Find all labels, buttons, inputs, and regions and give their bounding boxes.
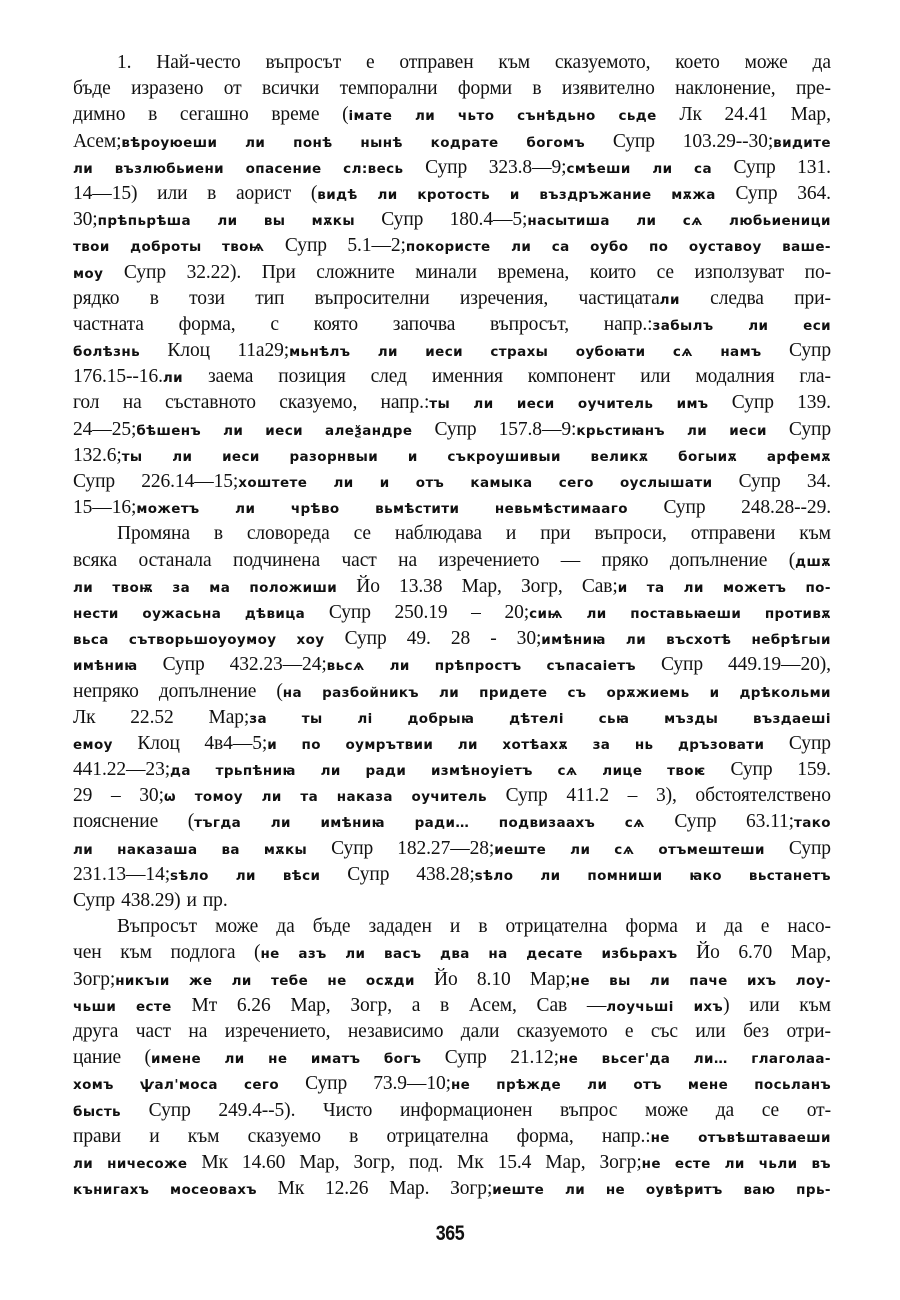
text-run: при- [794, 288, 831, 309]
church-slavonic-quote: два [440, 946, 470, 962]
text-run: 131. [797, 157, 831, 178]
word: емоу [73, 731, 113, 758]
word: придете [479, 679, 547, 706]
church-slavonic-quote: оубоꙗти [576, 344, 646, 360]
word: Най-често [156, 50, 240, 76]
word: Сав;и [582, 574, 628, 601]
text-run: Супр [734, 157, 776, 178]
word: насо- [787, 914, 831, 940]
text-run: Супр [739, 471, 781, 492]
word: отри- [786, 1019, 830, 1045]
text-run: и [186, 890, 196, 911]
word: Асем;вѣроуюеши [73, 129, 217, 156]
church-slavonic-quote: небрѣгыи [751, 632, 830, 648]
text-run: в [207, 183, 216, 204]
text-run: 364. [797, 183, 831, 204]
text-run: – [471, 602, 481, 623]
church-slavonic-quote: да [170, 763, 191, 779]
word: 231.13—14;ѕѣло [73, 862, 209, 889]
word: 438.29) [121, 888, 180, 914]
text-run: Супр [789, 340, 831, 361]
text-run: и [696, 916, 706, 937]
word: имѣниꙗ [320, 809, 385, 836]
word: оучитель [578, 390, 653, 417]
church-slavonic-quote: съпасаіетъ [547, 658, 636, 674]
word: въздръжание [539, 181, 651, 208]
text-run: се [354, 523, 371, 544]
text-run: под. [409, 1152, 443, 1173]
word: зададен [369, 914, 432, 940]
church-slavonic-quote: поставьꙗеши [630, 606, 741, 622]
word: азъ [298, 940, 326, 967]
text-run: Супр [735, 183, 777, 204]
word: Въпросът [117, 914, 197, 940]
word: чен [73, 940, 102, 967]
word: Асем, [469, 993, 517, 1020]
word: кънигахъ [73, 1176, 149, 1203]
church-slavonic-quote: трьпѣниꙗ [216, 763, 296, 779]
church-slavonic-quote: прѣжде [496, 1077, 561, 1093]
text-line: кънигахъмосеовахъМк12.26Мар.Зогр;иештели… [73, 1176, 831, 1202]
text-run: 132.6; [73, 445, 122, 466]
text-run: без [743, 1021, 769, 1042]
text-run: в [150, 288, 159, 309]
word: 3), [656, 783, 677, 810]
word: оувѣритъ [646, 1176, 723, 1203]
church-slavonic-quote: по [649, 239, 668, 255]
word: 176.15--16.ли [73, 364, 183, 391]
text-run: 28 [451, 628, 470, 649]
text-run: Асем; [73, 131, 121, 152]
text-run: непряко [73, 681, 139, 702]
church-slavonic-quote: твоѥ [667, 763, 706, 779]
word: отрицателна [386, 1124, 488, 1151]
church-slavonic-quote: иеси [265, 423, 303, 439]
church-slavonic-quote: иеште [492, 1182, 544, 1198]
church-slavonic-quote: кротость [417, 187, 490, 203]
text-line: бъдеизразеноотвсичкитемпоралниформивизяв… [73, 76, 831, 102]
church-slavonic-quote: отъвѣштаваеши [698, 1130, 831, 1146]
text-run: пре- [796, 78, 831, 99]
text-run: всички [262, 78, 319, 99]
text-run: 182.27—28; [397, 838, 494, 859]
word: 449.19—20), [728, 652, 831, 679]
word: сказуемото [517, 1019, 608, 1045]
text-run: изречението [438, 550, 539, 571]
church-slavonic-quote: съкроушивыи [447, 449, 560, 465]
word: – [471, 600, 481, 627]
church-slavonic-quote: доброты [130, 239, 201, 255]
word: Зогр;не [599, 1150, 660, 1177]
text-run: минали [415, 262, 477, 283]
text-run: Супр [434, 419, 476, 440]
text-run: на [398, 550, 417, 571]
church-slavonic-quote: ли [73, 842, 93, 858]
word: ли [390, 652, 410, 679]
church-slavonic-quote: оумрътвии [345, 737, 433, 753]
text-run: при [540, 523, 570, 544]
word: Клоц [167, 338, 210, 365]
word: опасение [246, 155, 322, 182]
word: Супр [163, 652, 205, 679]
word: 180.4—5;насытиша [450, 207, 610, 234]
text-run: 323.8—9; [489, 157, 567, 178]
word: Мк [457, 1150, 484, 1177]
text-run: информационен [400, 1100, 532, 1121]
word: сл:весь [343, 155, 403, 182]
word: моу [73, 260, 103, 287]
word: мѫкы [312, 207, 355, 234]
text-line: Супр438.29)ипр. [73, 888, 831, 914]
church-slavonic-quote: отъ [416, 475, 444, 491]
word: темпорални [340, 76, 438, 102]
word: към [799, 521, 831, 547]
text-run: Супр [425, 157, 467, 178]
word: изречения, [460, 286, 548, 313]
word: изречението, [225, 1019, 331, 1045]
word: имъ [677, 390, 709, 417]
church-slavonic-quote: опасение [246, 161, 322, 177]
word: отрицателна [506, 914, 608, 940]
church-slavonic-quote: никъıи [115, 973, 170, 989]
word: оучитель [412, 783, 487, 810]
text-run: в [478, 916, 487, 937]
church-slavonic-quote: на [283, 685, 302, 701]
word: паче [689, 967, 727, 994]
word: оуслышати [620, 469, 713, 496]
word: Йо [434, 967, 458, 994]
text-run: Мар, [290, 995, 330, 1016]
church-slavonic-quote: и [408, 449, 418, 465]
text-run: 250.19 [395, 602, 448, 623]
text-run: отрицателна [506, 916, 608, 937]
word: бъде [313, 914, 351, 940]
church-slavonic-quote: иеште [494, 842, 546, 858]
church-slavonic-quote: ли [415, 108, 435, 124]
text-run: в [214, 523, 223, 544]
church-slavonic-quote: чьто [458, 108, 495, 124]
word: есте [675, 1150, 711, 1177]
church-slavonic-quote: та [300, 789, 318, 805]
church-slavonic-quote: дрѣкольми [739, 685, 830, 701]
church-slavonic-quote: и [710, 685, 720, 701]
church-slavonic-quote: видѣ [317, 187, 357, 203]
text-line: 14—15)иливаорист(видѣликротостьивъздръжа… [73, 181, 831, 207]
text-run: е [761, 916, 770, 937]
word: богъ [384, 1045, 422, 1072]
word: друга [73, 1019, 118, 1045]
word: ли [271, 809, 291, 836]
church-slavonic-quote: са [552, 239, 570, 255]
church-slavonic-quote: болѣзнь [73, 344, 140, 360]
text-run: 5.1—2; [347, 235, 405, 256]
text-run: съставното [165, 392, 256, 413]
word: съпасаіетъ [547, 652, 636, 679]
text-run: 15—16; [73, 497, 136, 518]
church-slavonic-quote: ихъ [694, 999, 724, 1015]
word: гла- [799, 364, 831, 391]
church-slavonic-quote: не [327, 973, 346, 989]
church-slavonic-quote: ли [223, 423, 243, 439]
church-slavonic-quote: не [651, 1130, 670, 1146]
word: дѣтелі [509, 705, 564, 732]
word: иеси [222, 443, 260, 470]
word: 30;имѣниꙗ [517, 626, 606, 653]
word: 30;прѣпьрѣша [73, 207, 191, 234]
word: оуставоу [689, 233, 762, 260]
text-run: заема [208, 366, 253, 387]
word: Супр [734, 155, 776, 182]
church-slavonic-quote: та [647, 580, 665, 596]
church-slavonic-quote: лице [602, 763, 642, 779]
text-run: тип [255, 288, 284, 309]
word: орѫжиемь [606, 679, 689, 706]
word: мосеовахъ [170, 1176, 257, 1203]
word: Супр [381, 207, 423, 234]
church-slavonic-quote: и [267, 737, 277, 753]
church-slavonic-quote: вьсѧ [327, 658, 365, 674]
text-run: към [498, 52, 530, 73]
word: сѧ [673, 338, 693, 365]
word: 432.23—24;вьсѧ [230, 652, 365, 679]
word: от- [807, 1098, 831, 1125]
church-slavonic-quote: азъ [298, 946, 326, 962]
word: кротость [417, 181, 490, 208]
text-run: — [587, 995, 606, 1016]
text-line: 176.15--16.лизаемапозицияследименниякомп… [73, 364, 831, 390]
word: започва [393, 312, 456, 339]
word: се [354, 521, 371, 547]
word: в [478, 914, 487, 940]
church-slavonic-quote: мѫжа [671, 187, 715, 203]
word: на [488, 940, 507, 967]
text-line: Въпросътможедабъдезададенивотрицателнафо… [73, 914, 831, 940]
word: Мар, [791, 102, 831, 129]
church-slavonic-quote: за [172, 580, 190, 596]
text-run: изречението, [225, 1021, 331, 1042]
church-slavonic-quote: дѣтелі [509, 711, 564, 727]
text-line: Лк22.52Мар;затылідобрыꙗдѣтелісьꙗмъздывъз… [73, 705, 831, 731]
church-slavonic-quote: ѱал'моса [140, 1077, 218, 1093]
word: напр.:ты [381, 390, 451, 417]
church-slavonic-quote: дшѫ [795, 554, 831, 570]
text-run: Зогр; [73, 969, 115, 990]
text-run: Зогр; [599, 1152, 641, 1173]
word: Мар;не [530, 967, 590, 994]
text-run: позиция [278, 366, 345, 387]
word: оубоꙗти [576, 338, 646, 365]
church-slavonic-quote: ли [687, 423, 707, 439]
church-slavonic-quote: паче [689, 973, 727, 989]
word: великѫ [591, 443, 649, 470]
word: твоѥ [667, 757, 706, 784]
church-slavonic-quote: сѧ [683, 213, 703, 229]
word: всички [262, 76, 319, 102]
word: поставьꙗеши [630, 600, 741, 627]
text-run: 11а29; [237, 340, 289, 361]
church-slavonic-quote: намъ [720, 344, 761, 360]
church-slavonic-quote: ли [439, 685, 459, 701]
text-line: 441.22—23;датрьпѣниꙗлирадиизмѣноуіетъсѧл… [73, 757, 831, 783]
church-slavonic-quote: сътворьшоуоумоу [129, 632, 277, 648]
text-run: Йо [696, 942, 720, 963]
word: оужасьна [142, 600, 221, 627]
text-run: пряко [602, 550, 649, 571]
word: Зогр;иеште [450, 1176, 544, 1203]
word: 103.29--30;видите [683, 129, 831, 156]
church-slavonic-quote: еси [803, 318, 831, 334]
word: и [450, 914, 460, 940]
word: небрѣгыи [751, 626, 830, 653]
text-run: Лк [679, 104, 702, 125]
word: ли [378, 338, 398, 365]
church-slavonic-quote: ли [684, 580, 704, 596]
word: добрыꙗ [408, 705, 475, 732]
word: пряко [602, 548, 649, 575]
word: Супр [345, 626, 387, 653]
text-run: сложните [316, 262, 394, 283]
word: сѧ [558, 757, 578, 784]
word: и [506, 521, 516, 547]
church-slavonic-quote: ли… [694, 1051, 728, 1067]
word: понѣ [293, 129, 332, 156]
church-slavonic-quote: ли [587, 1077, 607, 1093]
church-slavonic-quote: ли [748, 318, 768, 334]
text-line: 29–30;ѡтомоулитанаказаоучительСупр411.2–… [73, 783, 831, 809]
word: изразено [131, 76, 203, 102]
text-run: Зогр, [353, 1152, 395, 1173]
word: чьли [759, 1150, 798, 1177]
church-slavonic-quote: ничесоже [107, 1156, 187, 1172]
word: сѧ [683, 207, 703, 234]
church-slavonic-quote: вьмѣстити [375, 501, 459, 517]
text-run: 13.38 [399, 576, 442, 597]
text-run: 248.28--29. [741, 497, 831, 518]
text-run: Мар; [530, 969, 571, 990]
text-run: Мар, [462, 576, 502, 597]
text-run: 1. [117, 52, 131, 73]
text-run: Супр [163, 654, 205, 675]
word: изявително [562, 76, 655, 102]
word: (не [254, 940, 280, 967]
church-slavonic-quote: твоѭ [112, 580, 153, 596]
word: наблюдава [395, 521, 482, 547]
word: 6.26 [237, 993, 271, 1020]
church-slavonic-quote: видите [773, 135, 831, 151]
text-run: Мар, [791, 104, 831, 125]
word: отъ [633, 1071, 661, 1098]
word: ли [439, 679, 459, 706]
word: имѣниꙗ [73, 652, 138, 679]
church-slavonic-quote: ли [73, 1156, 93, 1172]
word: в [440, 993, 449, 1020]
word: в [207, 181, 216, 208]
word: 250.19 [395, 600, 448, 627]
church-slavonic-quote: подвизаахъ [499, 815, 595, 831]
church-slavonic-quote: можетъ [723, 580, 786, 596]
word: дрѣкольми [739, 679, 830, 706]
text-run: към [799, 523, 831, 544]
text-run: времена, [497, 262, 569, 283]
church-slavonic-quote: есте [675, 1156, 711, 1172]
word: подвизаахъ [499, 809, 595, 836]
word: Супр [305, 1071, 347, 1098]
document-body: 1.Най-честовъпросътеотправенкъмсказуемот… [73, 50, 831, 1202]
word: съ [568, 679, 587, 706]
word: 438.28;ѕѣло [416, 862, 513, 889]
text-run: 12.26 [325, 1178, 368, 1199]
word: в [148, 102, 157, 129]
word: сънѣдьно [517, 102, 596, 129]
text-run: от- [807, 1100, 831, 1121]
word: сегашно [180, 102, 249, 129]
word: твоѩ [222, 233, 264, 260]
word: в [532, 76, 541, 102]
word: 29 [73, 783, 92, 810]
word: болѣзнь [73, 338, 140, 365]
word: любьиеници [729, 207, 831, 234]
text-run: 411.2 [566, 785, 609, 806]
church-slavonic-quote: чьли [759, 1156, 798, 1172]
church-slavonic-quote: възлюбьиени [115, 161, 224, 177]
word: ли [540, 862, 560, 889]
word: Лк [679, 102, 702, 129]
word: хомъ [73, 1071, 114, 1098]
word: 12.26 [325, 1176, 368, 1203]
word: Мар, [462, 574, 502, 601]
word: доброты [130, 233, 201, 260]
text-run: се [657, 262, 674, 283]
word: Супр [732, 390, 774, 417]
word: 73.9—10;не [373, 1071, 470, 1098]
church-slavonic-quote: ли [540, 868, 560, 884]
word: отъмештеши [658, 836, 765, 863]
text-run: да [724, 916, 742, 937]
word: от [224, 76, 242, 102]
church-slavonic-quote: лі [357, 711, 372, 727]
word: разбойникъ [322, 679, 419, 706]
text-line: 132.6;тылииесиразорнвыиисъкроушивыивелик… [73, 443, 831, 469]
church-slavonic-quote: ꙗко [689, 868, 722, 884]
text-run: 249.4--5). [218, 1100, 295, 1121]
text-run: въпросителни [315, 288, 430, 309]
word: осѫди [366, 967, 415, 994]
word: без [743, 1019, 769, 1045]
church-slavonic-quote: ли [473, 396, 493, 412]
text-run: темпорални [340, 78, 438, 99]
word: сьде [618, 102, 656, 129]
church-slavonic-quote: твоѩ [222, 239, 264, 255]
church-slavonic-quote: можетъ [136, 501, 199, 517]
text-run: част [136, 1021, 171, 1042]
text-line: быстьСупр249.4--5).Чистоинформационенвъп… [73, 1098, 831, 1124]
church-slavonic-quote: богыиѫ [678, 449, 737, 465]
word: – [111, 783, 121, 810]
word: ли [636, 207, 656, 234]
text-run: към [120, 942, 152, 963]
church-slavonic-quote: ваше- [782, 239, 831, 255]
word: или [749, 993, 779, 1020]
text-line: ливъзлюбьиениопасениесл:весьСупр323.8—9;… [73, 155, 831, 181]
word: прѣпростъ [435, 652, 522, 679]
church-slavonic-quote: иеси [517, 396, 555, 412]
word: 15.4 [498, 1150, 532, 1177]
text-line: линичесожеМк14.60Мар,Зогр,под.Мк15.4Мар,… [73, 1150, 831, 1176]
word: хотѣахѫ [502, 731, 568, 758]
word: Мт [191, 993, 217, 1020]
text-run: Супр [331, 838, 373, 859]
word: подлога [170, 940, 235, 967]
